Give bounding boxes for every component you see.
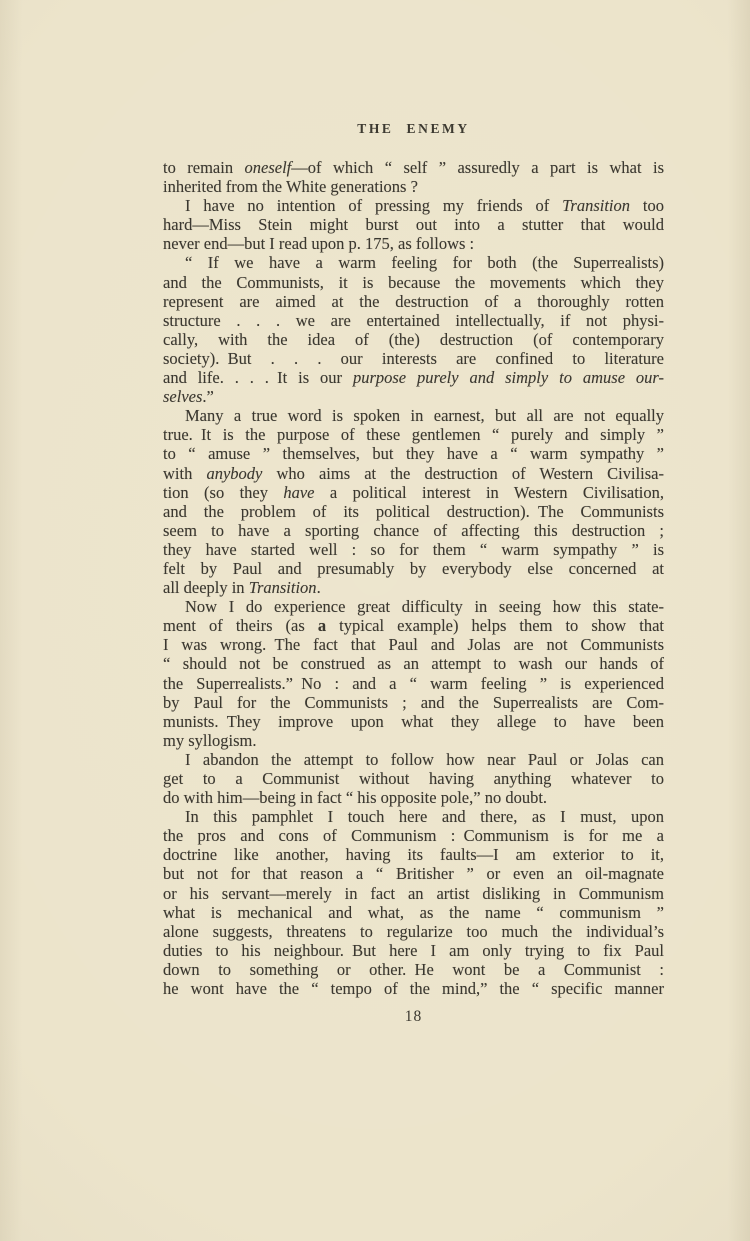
text-line: the Superrealists.” No : and a “ warm fe… bbox=[163, 674, 664, 693]
text-line: my syllogism. bbox=[163, 731, 664, 750]
text-line: duties to his neighbour. But here I am o… bbox=[163, 941, 664, 960]
text-line: society). But . . . our interests are co… bbox=[163, 349, 664, 368]
text-line: represent are aimed at the destruction o… bbox=[163, 292, 664, 311]
text-line: doctrine like another, having its faults… bbox=[163, 845, 664, 864]
text-line: down to something or other. He wont be a… bbox=[163, 960, 664, 979]
text-line: or his servant—merely in fact an artist … bbox=[163, 884, 664, 903]
text-line: true. It is the purpose of these gentlem… bbox=[163, 425, 664, 444]
paragraph: “ If we have a warm feeling for both (th… bbox=[163, 253, 664, 406]
text-line: I was wrong. The fact that Paul and Jola… bbox=[163, 635, 664, 654]
text-line: and the Communists, it is because the mo… bbox=[163, 273, 664, 292]
text-line: but not for that reason a “ Britisher ” … bbox=[163, 864, 664, 883]
text-line: he wont have the “ tempo of the mind,” t… bbox=[163, 979, 664, 998]
text-line: never end—but I read upon p. 175, as fol… bbox=[163, 234, 664, 253]
text-line: seem to have a sporting chance of affect… bbox=[163, 521, 664, 540]
text-line: In this pamphlet I touch here and there,… bbox=[163, 807, 664, 826]
text-line: hard—Miss Stein might burst out into a s… bbox=[163, 215, 664, 234]
text-line: selves.” bbox=[163, 387, 664, 406]
text-line: what is mechanical and what, as the name… bbox=[163, 903, 664, 922]
text-line: with anybody who aims at the destruction… bbox=[163, 464, 664, 483]
text-block: to remain oneself—of which “ self ” assu… bbox=[163, 158, 664, 998]
text-line: and the problem of its political destruc… bbox=[163, 502, 664, 521]
text-line: all deeply in Transition. bbox=[163, 578, 664, 597]
text-line: Now I do experience great difficulty in … bbox=[163, 597, 664, 616]
text-line: to “ amuse ” themselves, but they have a… bbox=[163, 444, 664, 463]
text-line: felt by Paul and presumably by everybody… bbox=[163, 559, 664, 578]
text-line: get to a Communist without having anythi… bbox=[163, 769, 664, 788]
text-line: do with him—being in fact “ his opposite… bbox=[163, 788, 664, 807]
text-line: the pros and cons of Communism : Communi… bbox=[163, 826, 664, 845]
paragraph: I abandon the attempt to follow how near… bbox=[163, 750, 664, 807]
text-line: tion (so they have a political interest … bbox=[163, 483, 664, 502]
text-line: ment of theirs (as a typical example) he… bbox=[163, 616, 664, 635]
text-line: “ If we have a warm feeling for both (th… bbox=[163, 253, 664, 272]
paragraph: to remain oneself—of which “ self ” assu… bbox=[163, 158, 664, 196]
text-line: I abandon the attempt to follow how near… bbox=[163, 750, 664, 769]
text-line: structure . . . we are entertained intel… bbox=[163, 311, 664, 330]
text-line: and life. . . . It is our purpose purely… bbox=[163, 368, 664, 387]
paragraph: Now I do experience great difficulty in … bbox=[163, 597, 664, 750]
text-line: to remain oneself—of which “ self ” assu… bbox=[163, 158, 664, 177]
paragraph: Many a true word is spoken in earnest, b… bbox=[163, 406, 664, 597]
running-header: THE ENEMY bbox=[163, 121, 664, 137]
text-line: cally, with the idea of (the) destructio… bbox=[163, 330, 664, 349]
text-line: they have started well : so for them “ w… bbox=[163, 540, 664, 559]
text-line: Many a true word is spoken in earnest, b… bbox=[163, 406, 664, 425]
text-line: I have no intention of pressing my frien… bbox=[163, 196, 664, 215]
text-line: by Paul for the Communists ; and the Sup… bbox=[163, 693, 664, 712]
text-line: alone suggests, threatens to regularize … bbox=[163, 922, 664, 941]
text-line: munists. They improve upon what they all… bbox=[163, 712, 664, 731]
page-number: 18 bbox=[163, 1008, 664, 1026]
paragraph: In this pamphlet I touch here and there,… bbox=[163, 807, 664, 998]
text-line: “ should not be construed as an attempt … bbox=[163, 654, 664, 673]
text-line: inherited from the White generations ? bbox=[163, 177, 664, 196]
paragraph: I have no intention of pressing my frien… bbox=[163, 196, 664, 253]
